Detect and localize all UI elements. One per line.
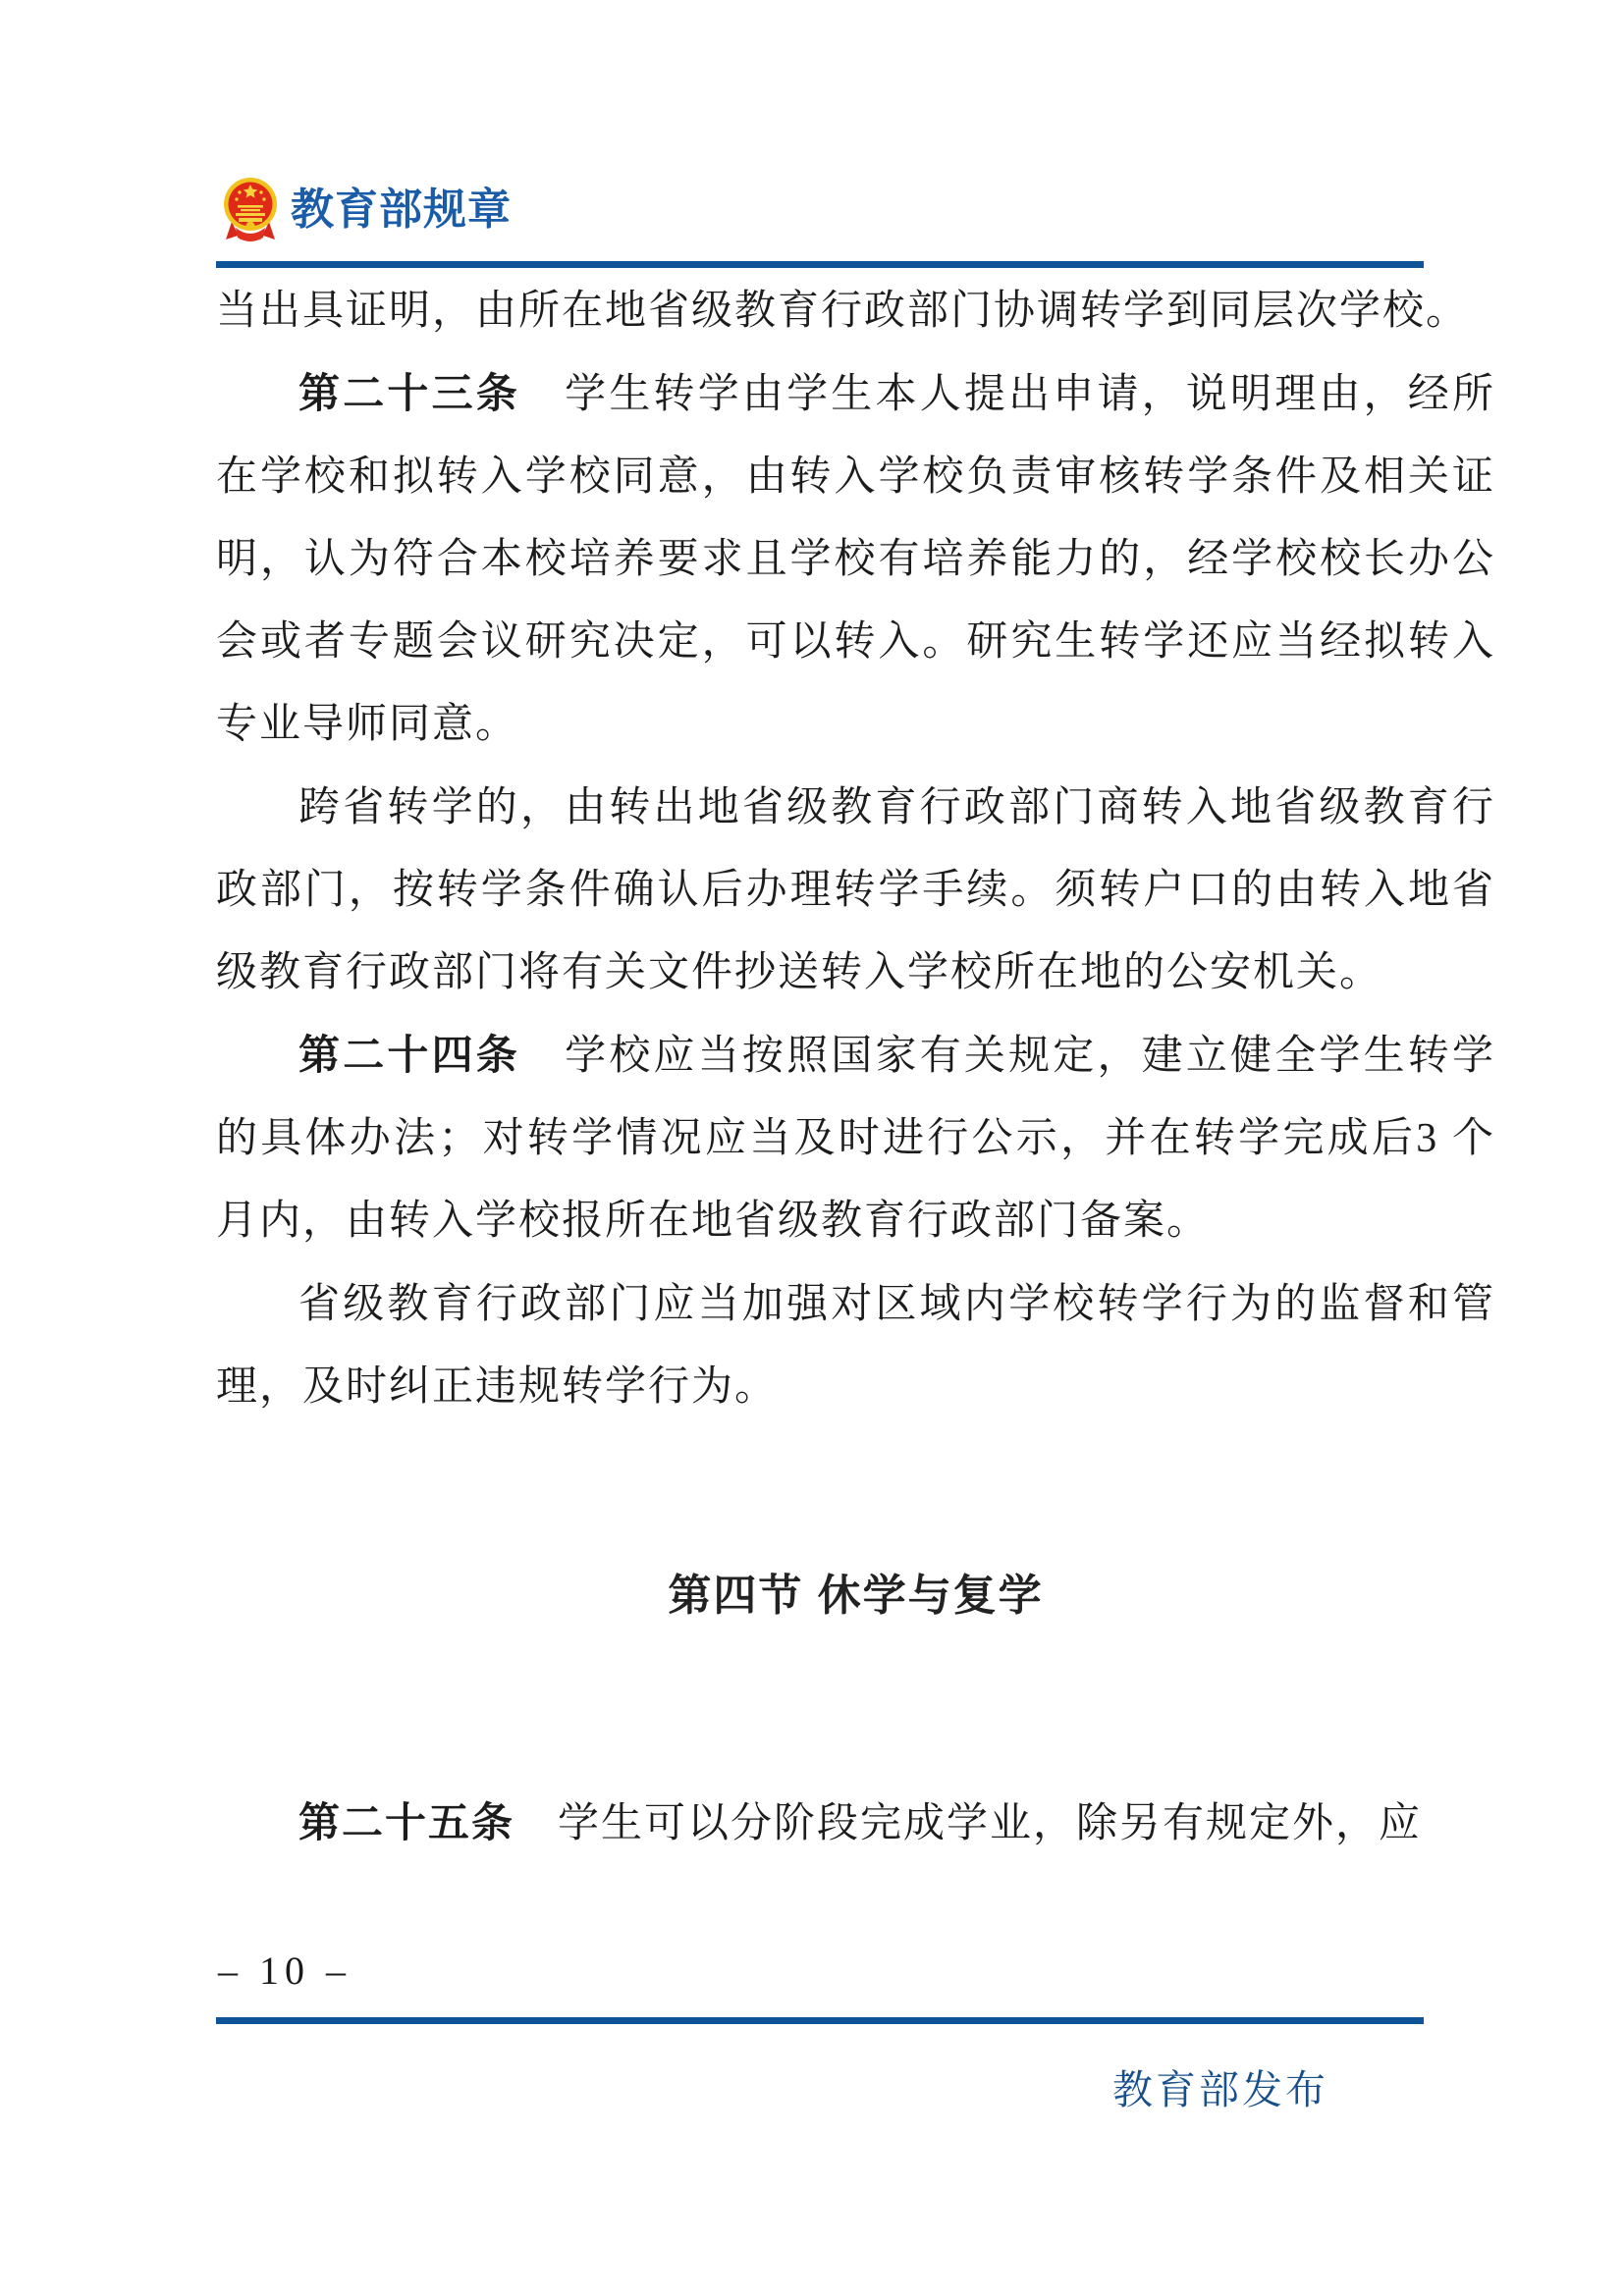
paragraph-text: 跨省转学的，由转出地省级教育行政部门商转入地省级教育行政部门，按转学条件确认后办… [216,785,1495,995]
china-national-emblem-icon [222,175,279,245]
footer-divider-rule [216,2017,1424,2024]
paragraph-supervision: 省级教育行政部门应当加强对区域内学校转学行为的监督和管理，及时纠正违规转学行为。 [216,1262,1495,1428]
paragraph-text: 学生转学由学生本人提出申请，说明理由，经所在学校和拟转入学校同意，由转入学校负责… [216,372,1495,747]
paragraph-cross-province: 跨省转学的，由转出地省级教育行政部门商转入地省级教育行政部门，按转学条件确认后办… [216,766,1495,1014]
paragraph-text: 当出具证明，由所在地省级教育行政部门协调转学到同层次学校。 [216,289,1469,334]
header-divider-rule [216,261,1424,268]
article-number: 第二十五条 [298,1799,514,1845]
paragraph-continuation: 当出具证明，由所在地省级教育行政部门协调转学到同层次学校。 [216,269,1495,352]
document-page: 教育部规章 当出具证明，由所在地省级教育行政部门协调转学到同层次学校。 第二十三… [0,0,1624,2296]
paragraph-article-23: 第二十三条 学生转学由学生本人提出申请，说明理由，经所在学校和拟转入学校同意，由… [216,352,1495,766]
article-number: 第二十三条 [298,370,520,416]
paragraph-article-24: 第二十四条 学校应当按照国家有关规定，建立健全学生转学的具体办法；对转学情况应当… [216,1014,1495,1262]
page-number: – 10 – [218,1948,352,1994]
paragraph-article-25: 第二十五条 学生可以分阶段完成学业，除另有规定外，应 [216,1782,1495,1865]
publisher-label: 教育部发布 [1112,2057,1328,2115]
section-heading: 第四节 休学与复学 [216,1555,1495,1637]
paragraph-text: 省级教育行政部门应当加强对区域内学校转学行为的监督和管理，及时纠正违规转学行为。 [216,1282,1495,1410]
page-header: 教育部规章 [222,175,512,245]
paragraph-text: 学生可以分阶段完成学业，除另有规定外，应 [514,1801,1422,1846]
header-title: 教育部规章 [291,182,512,239]
article-number: 第二十四条 [298,1032,520,1078]
document-body: 当出具证明，由所在地省级教育行政部门协调转学到同层次学校。 第二十三条 学生转学… [216,269,1495,1865]
